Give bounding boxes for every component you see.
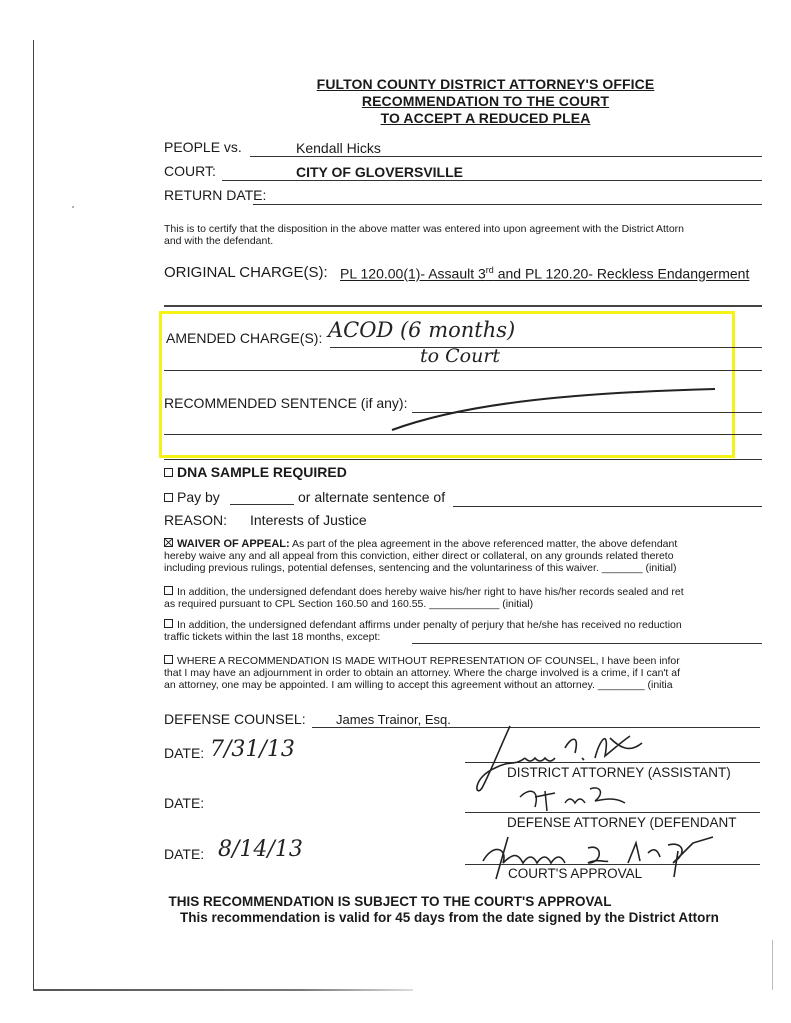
return-date-label: RETURN DATE: — [164, 187, 266, 203]
dna-sample-row: DNA SAMPLE REQUIRED — [164, 464, 347, 480]
sealing-line2: as required pursuant to CPL Section 160.… — [164, 598, 533, 610]
court-name: CITY OF GLOVERSVILLE — [296, 164, 463, 180]
court-line — [222, 180, 762, 181]
amended-charges-label: AMENDED CHARGE(S): — [166, 330, 322, 346]
amended-charges-line2 — [164, 370, 762, 371]
scan-speck — [72, 206, 74, 208]
form-title-line2: TO ACCEPT A REDUCED PLEA — [90, 110, 791, 126]
reason-label: REASON: — [164, 512, 227, 528]
defense-date-label: DATE: — [164, 795, 204, 811]
amended-charges-line1 — [330, 347, 762, 348]
court-date-value: 8/14/13 — [218, 837, 303, 862]
waiver-checkbox[interactable] — [164, 538, 173, 547]
waiver-line1: WAIVER OF APPEAL: As part of the plea ag… — [164, 538, 677, 550]
page-edge-left — [33, 40, 34, 990]
defense-counsel-name: James Trainor, Esq. — [336, 712, 451, 727]
da-date-label: DATE: — [164, 745, 204, 761]
original-charges-label: ORIGINAL CHARGE(S): — [164, 264, 328, 281]
people-vs-label: PEOPLE vs. — [164, 139, 242, 155]
recommended-sentence-label: RECOMMENDED SENTENCE (if any): — [164, 395, 407, 411]
page-edge-right — [772, 940, 773, 990]
people-vs-line — [250, 156, 762, 157]
form-title-line1: RECOMMENDATION TO THE COURT — [90, 93, 791, 109]
recommended-sentence-line3 — [164, 459, 762, 460]
alternate-sentence-label: or alternate sentence of — [298, 489, 445, 505]
waiver-line2: hereby waive any and all appeal from thi… — [164, 550, 674, 562]
sealing-checkbox[interactable] — [164, 586, 173, 595]
defense-signature — [515, 785, 635, 815]
reason-value: Interests of Justice — [250, 512, 367, 528]
office-title: FULTON COUNTY DISTRICT ATTORNEY'S OFFICE — [90, 76, 791, 92]
dna-sample-checkbox[interactable] — [164, 468, 173, 477]
strike-through-mark — [380, 385, 730, 435]
counsel-notice-line1: WHERE A RECOMMENDATION IS MADE WITHOUT R… — [164, 655, 680, 667]
da-date-value: 7/31/13 — [210, 737, 295, 762]
court-approval-notice: THIS RECOMMENDATION IS SUBJECT TO THE CO… — [90, 894, 690, 909]
counsel-notice-checkbox[interactable] — [164, 655, 173, 664]
counsel-notice-line2: that I may have an adjournment in order … — [164, 667, 680, 679]
pay-by-row: Pay by — [164, 489, 220, 505]
alternate-sentence-line — [453, 506, 762, 507]
court-label: COURT: — [164, 163, 216, 179]
court-signature — [478, 833, 728, 883]
counsel-notice-line3: an attorney, one may be appointed. I am … — [164, 679, 673, 691]
amended-charges-handwriting-1: ACOD (6 months) — [328, 318, 515, 342]
traffic-except-line — [412, 643, 762, 644]
certify-text-line1: This is to certify that the disposition … — [164, 223, 684, 235]
court-date-label: DATE: — [164, 846, 204, 862]
page-edge-bottom — [33, 989, 413, 991]
pay-by-checkbox[interactable] — [164, 493, 173, 502]
certify-text-line2: and with the defendant. — [164, 235, 273, 247]
traffic-checkbox[interactable] — [164, 619, 173, 628]
pay-by-line — [230, 504, 294, 505]
waiver-line3: including previous rulings, potential de… — [164, 562, 676, 574]
original-charges-value: PL 120.00(1)- Assault 3rd and PL 120.20-… — [340, 265, 765, 282]
amended-charges-handwriting-2: to Court — [420, 345, 500, 367]
return-date-line — [253, 204, 762, 205]
defense-role-label: DEFENSE ATTORNEY (DEFENDANT — [507, 815, 737, 830]
defense-counsel-label: DEFENSE COUNSEL: — [164, 711, 306, 727]
validity-notice: This recommendation is valid for 45 days… — [180, 910, 719, 925]
defendant-name: Kendall Hicks — [296, 140, 381, 156]
traffic-line2: traffic tickets within the last 18 month… — [164, 631, 380, 643]
original-charges-line2 — [164, 305, 762, 307]
sealing-line1: In addition, the undersigned defendant d… — [164, 586, 684, 598]
traffic-line1: In addition, the undersigned defendant a… — [164, 619, 682, 631]
